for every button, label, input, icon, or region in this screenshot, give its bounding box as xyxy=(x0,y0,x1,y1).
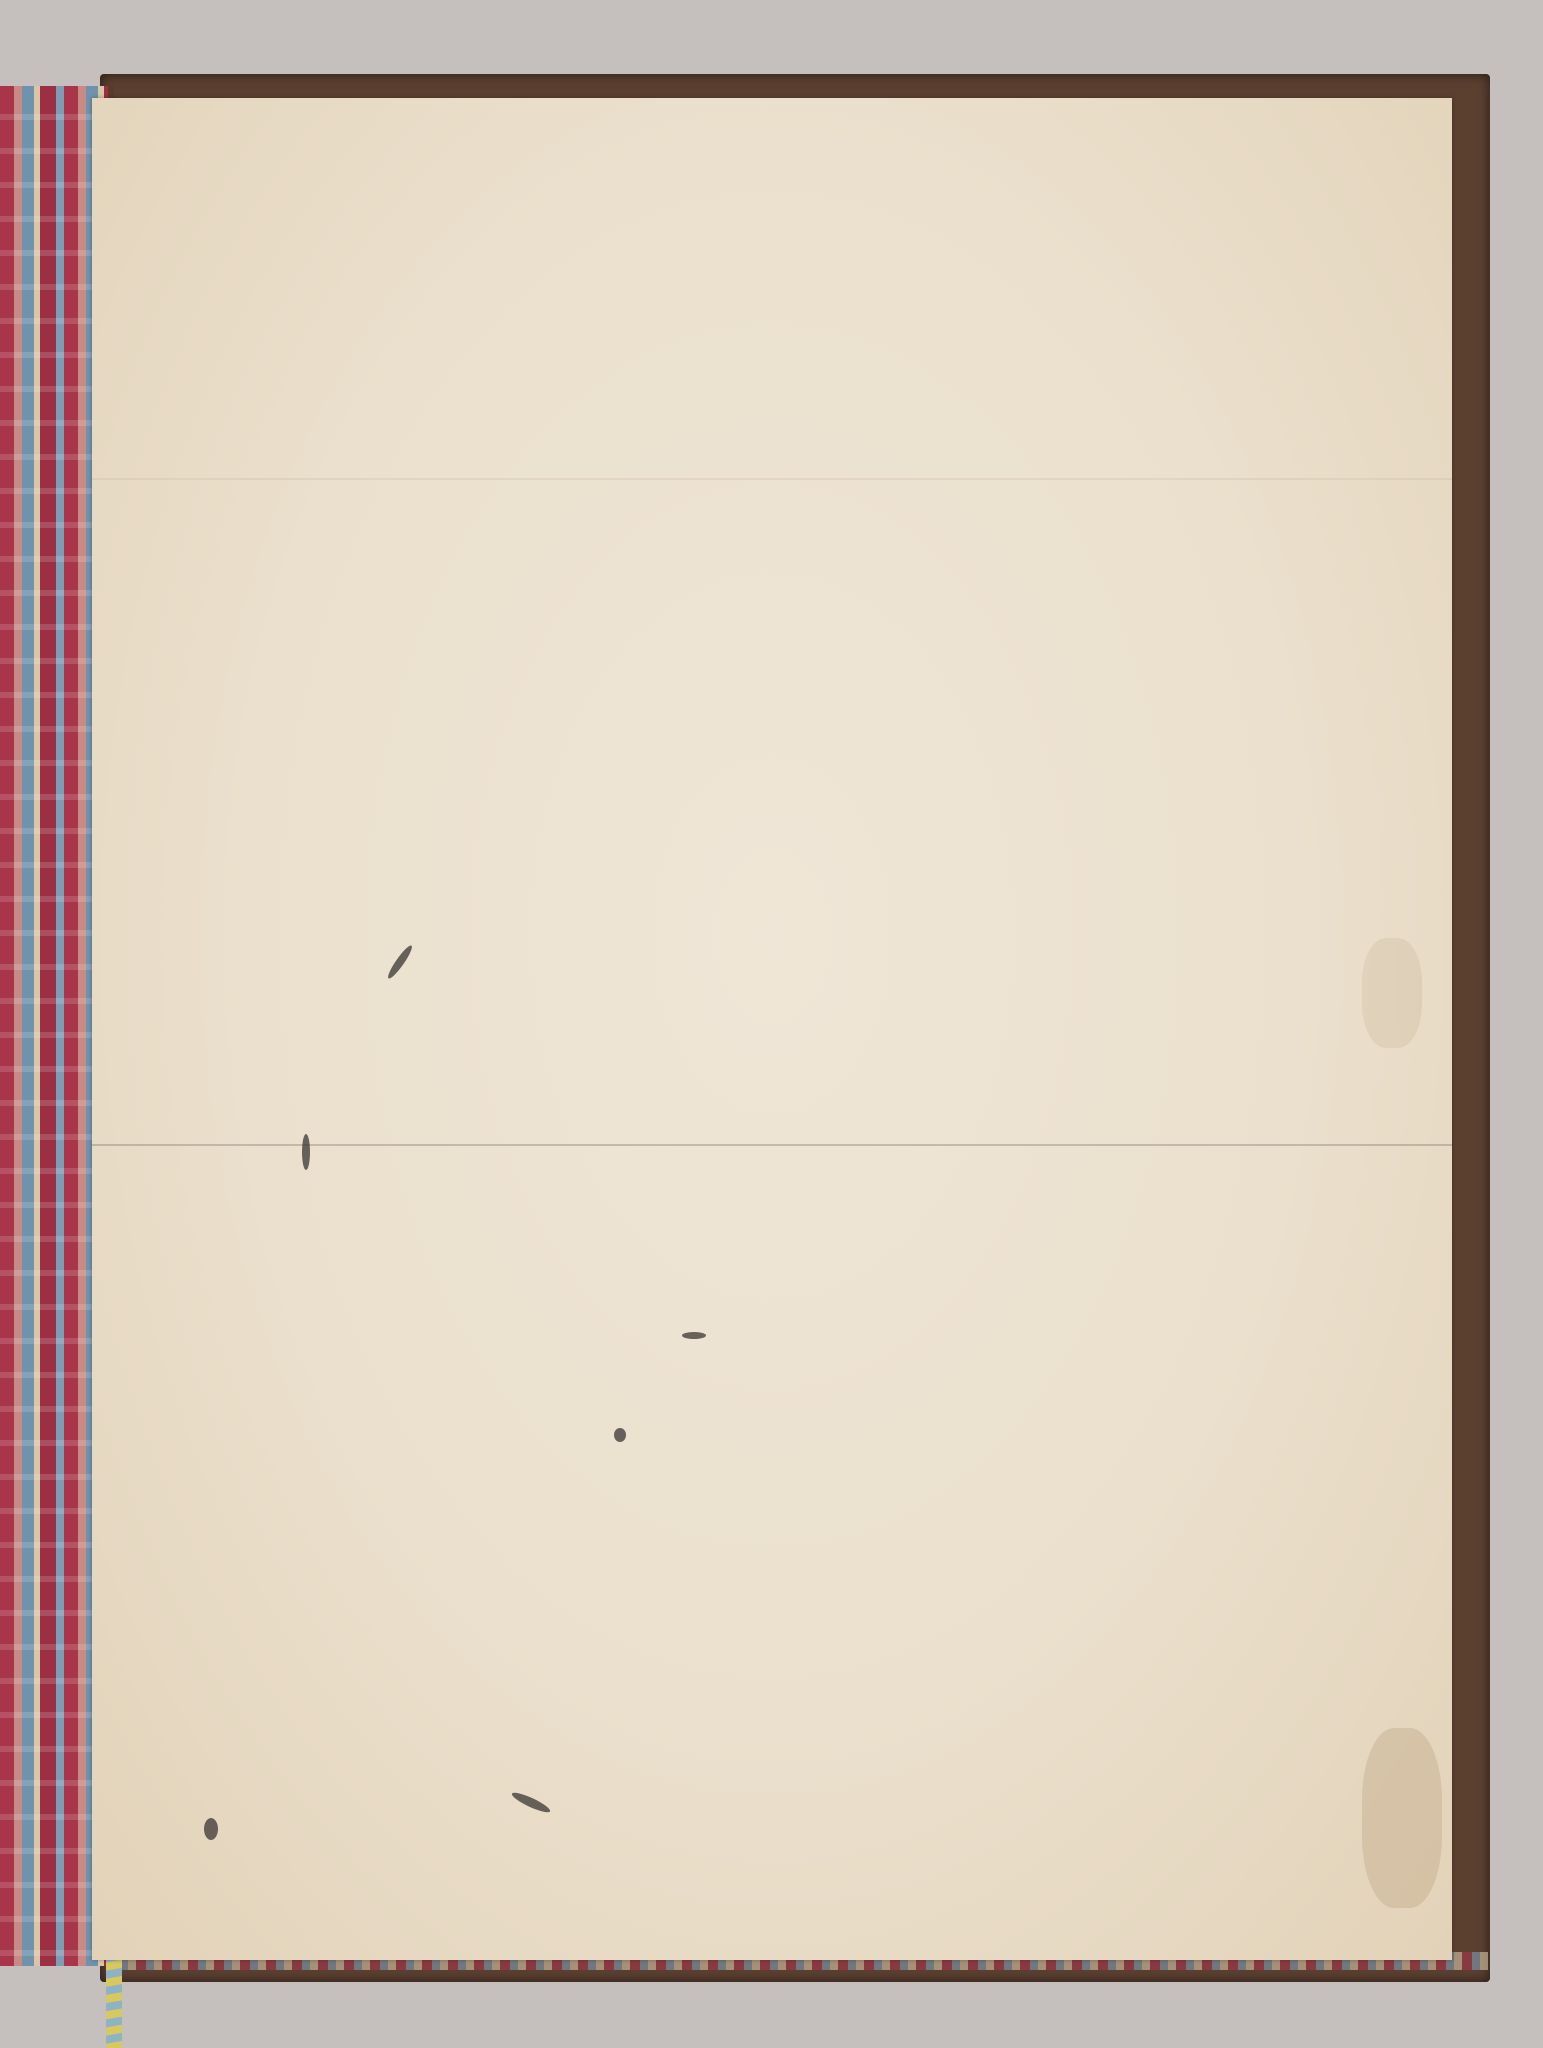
horizontal-crease-upper xyxy=(92,478,1452,480)
ink-smudge xyxy=(204,1818,218,1840)
ink-smudge xyxy=(682,1332,706,1339)
edge-stain xyxy=(1362,938,1422,1048)
ink-smudge xyxy=(614,1428,626,1442)
ink-smudge xyxy=(385,943,414,980)
ink-smudge xyxy=(510,1790,552,1816)
ink-mark xyxy=(302,1134,310,1170)
water-stain xyxy=(1362,1728,1442,1908)
horizontal-fold-line xyxy=(92,1144,1452,1146)
blank-page xyxy=(92,98,1452,1960)
